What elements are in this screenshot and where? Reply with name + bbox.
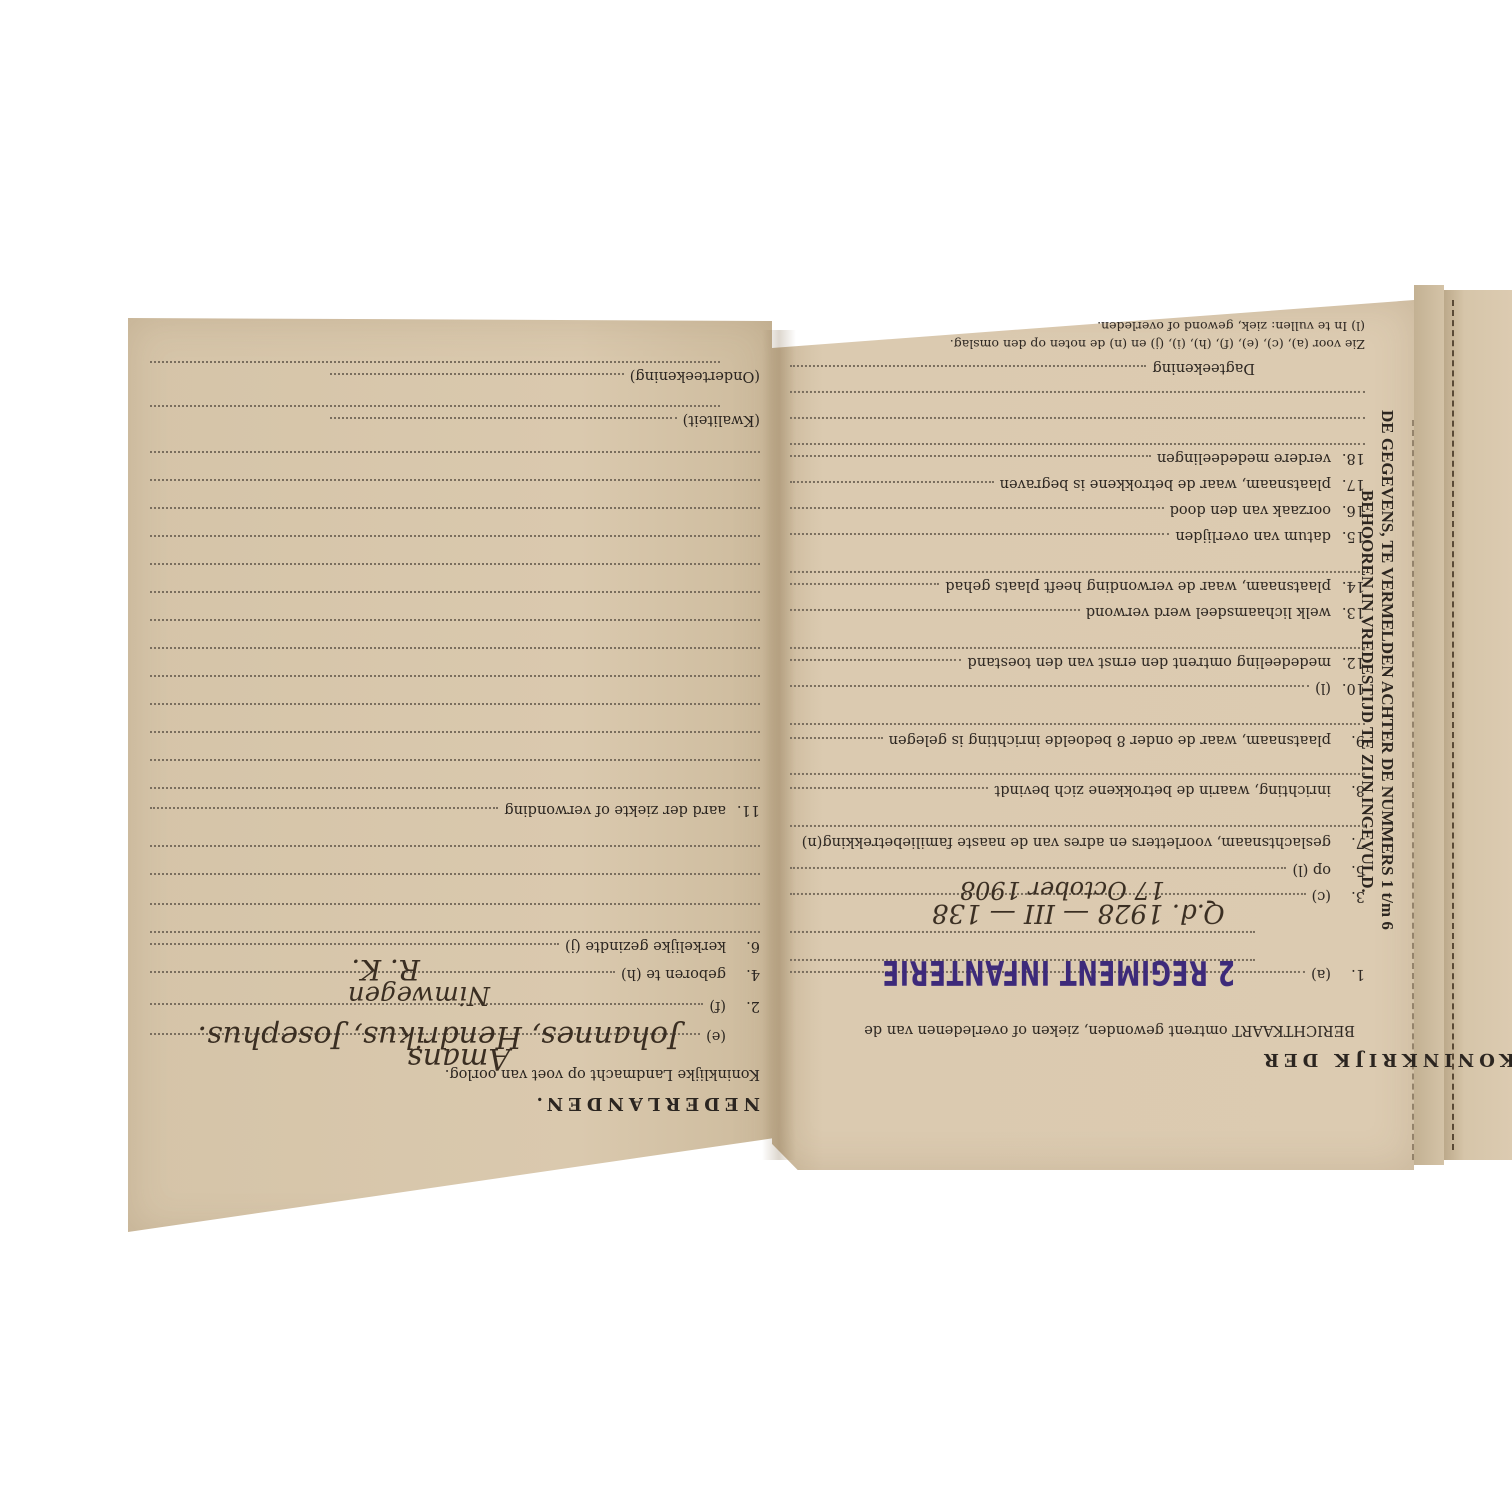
kwaliteit-field[interactable]: (Kwaliteit) [330, 412, 760, 438]
regiment-stamp: 2 REGIMENT INFANTERIE [882, 952, 1235, 992]
berichtkaart-subtitle: BERICHTKAART omtrent gewonden, zieken of… [864, 1022, 1355, 1038]
onderteekening-field[interactable]: (Onderteekening) [330, 368, 760, 394]
footnote-l: (l) In te vullen: ziek, gewond of overle… [1097, 319, 1365, 334]
kingdom-heading-right: KONINKRIJK DER [1259, 1049, 1512, 1070]
field-13[interactable]: 13. welk lichaamsdeel werd verwond [790, 604, 1365, 630]
left-page-content: NEDERLANDEN. Koninklijke Landmacht op vo… [150, 340, 760, 1120]
handwritten-religion: R. K. [351, 953, 420, 986]
field-11[interactable]: 11. aard der ziekte of verwonding [150, 802, 760, 828]
field-15[interactable]: 15. datum van overlijden [790, 528, 1365, 554]
field-18[interactable]: 18. verdere mededeelingen [790, 450, 1365, 476]
field-1-line3 [790, 931, 1255, 934]
field-8[interactable]: 8. inrichting, waarin de betrokkene zich… [790, 782, 1365, 808]
handwritten-first-names: Johannes, Hendrikus, Josephus. [197, 1019, 680, 1054]
perforation-line [1452, 300, 1454, 1150]
folded-flap [1414, 285, 1444, 1165]
dagteekening-field[interactable]: Dagteekening [790, 360, 1255, 386]
field-10[interactable]: 10. (l) [790, 680, 1365, 706]
kingdom-heading-left: NEDERLANDEN. [532, 1093, 760, 1114]
footnote-notes: Zie voor (a), (c), (e), (f), (h), (i), (… [950, 337, 1365, 352]
tear-off-flap [1444, 290, 1512, 1160]
side-title-line1: DE GEGEVENS, TE VERMELDEN ACHTER DE NUMM… [1377, 410, 1397, 930]
handwritten-date: 17 October 1908 [960, 876, 1165, 904]
field-14[interactable]: 14. plaatsnaam, waar de verwonding heeft… [790, 578, 1365, 604]
field-12[interactable]: 12. mededeeling omtrent den ernst van de… [790, 654, 1365, 680]
open-booklet: DE GEGEVENS, TE VERMELDEN ACHTER DE NUMM… [0, 0, 1512, 1512]
field-6[interactable]: 6. kerkelijke gezindte (j) [150, 938, 760, 964]
field-17[interactable]: 17. plaatsnaam, waar de betrokkene is be… [790, 476, 1365, 502]
field-16[interactable]: 16. oorzaak van den dood [790, 502, 1365, 528]
right-page-content: KONINKRIJK DER BERICHTKAART omtrent gewo… [790, 320, 1365, 1110]
field-9[interactable]: 9. plaatsnaam, waar de onder 8 bedoelde … [790, 732, 1365, 758]
field-7[interactable]: 7. geslachtsnaam, voorletters en adres v… [790, 834, 1365, 860]
